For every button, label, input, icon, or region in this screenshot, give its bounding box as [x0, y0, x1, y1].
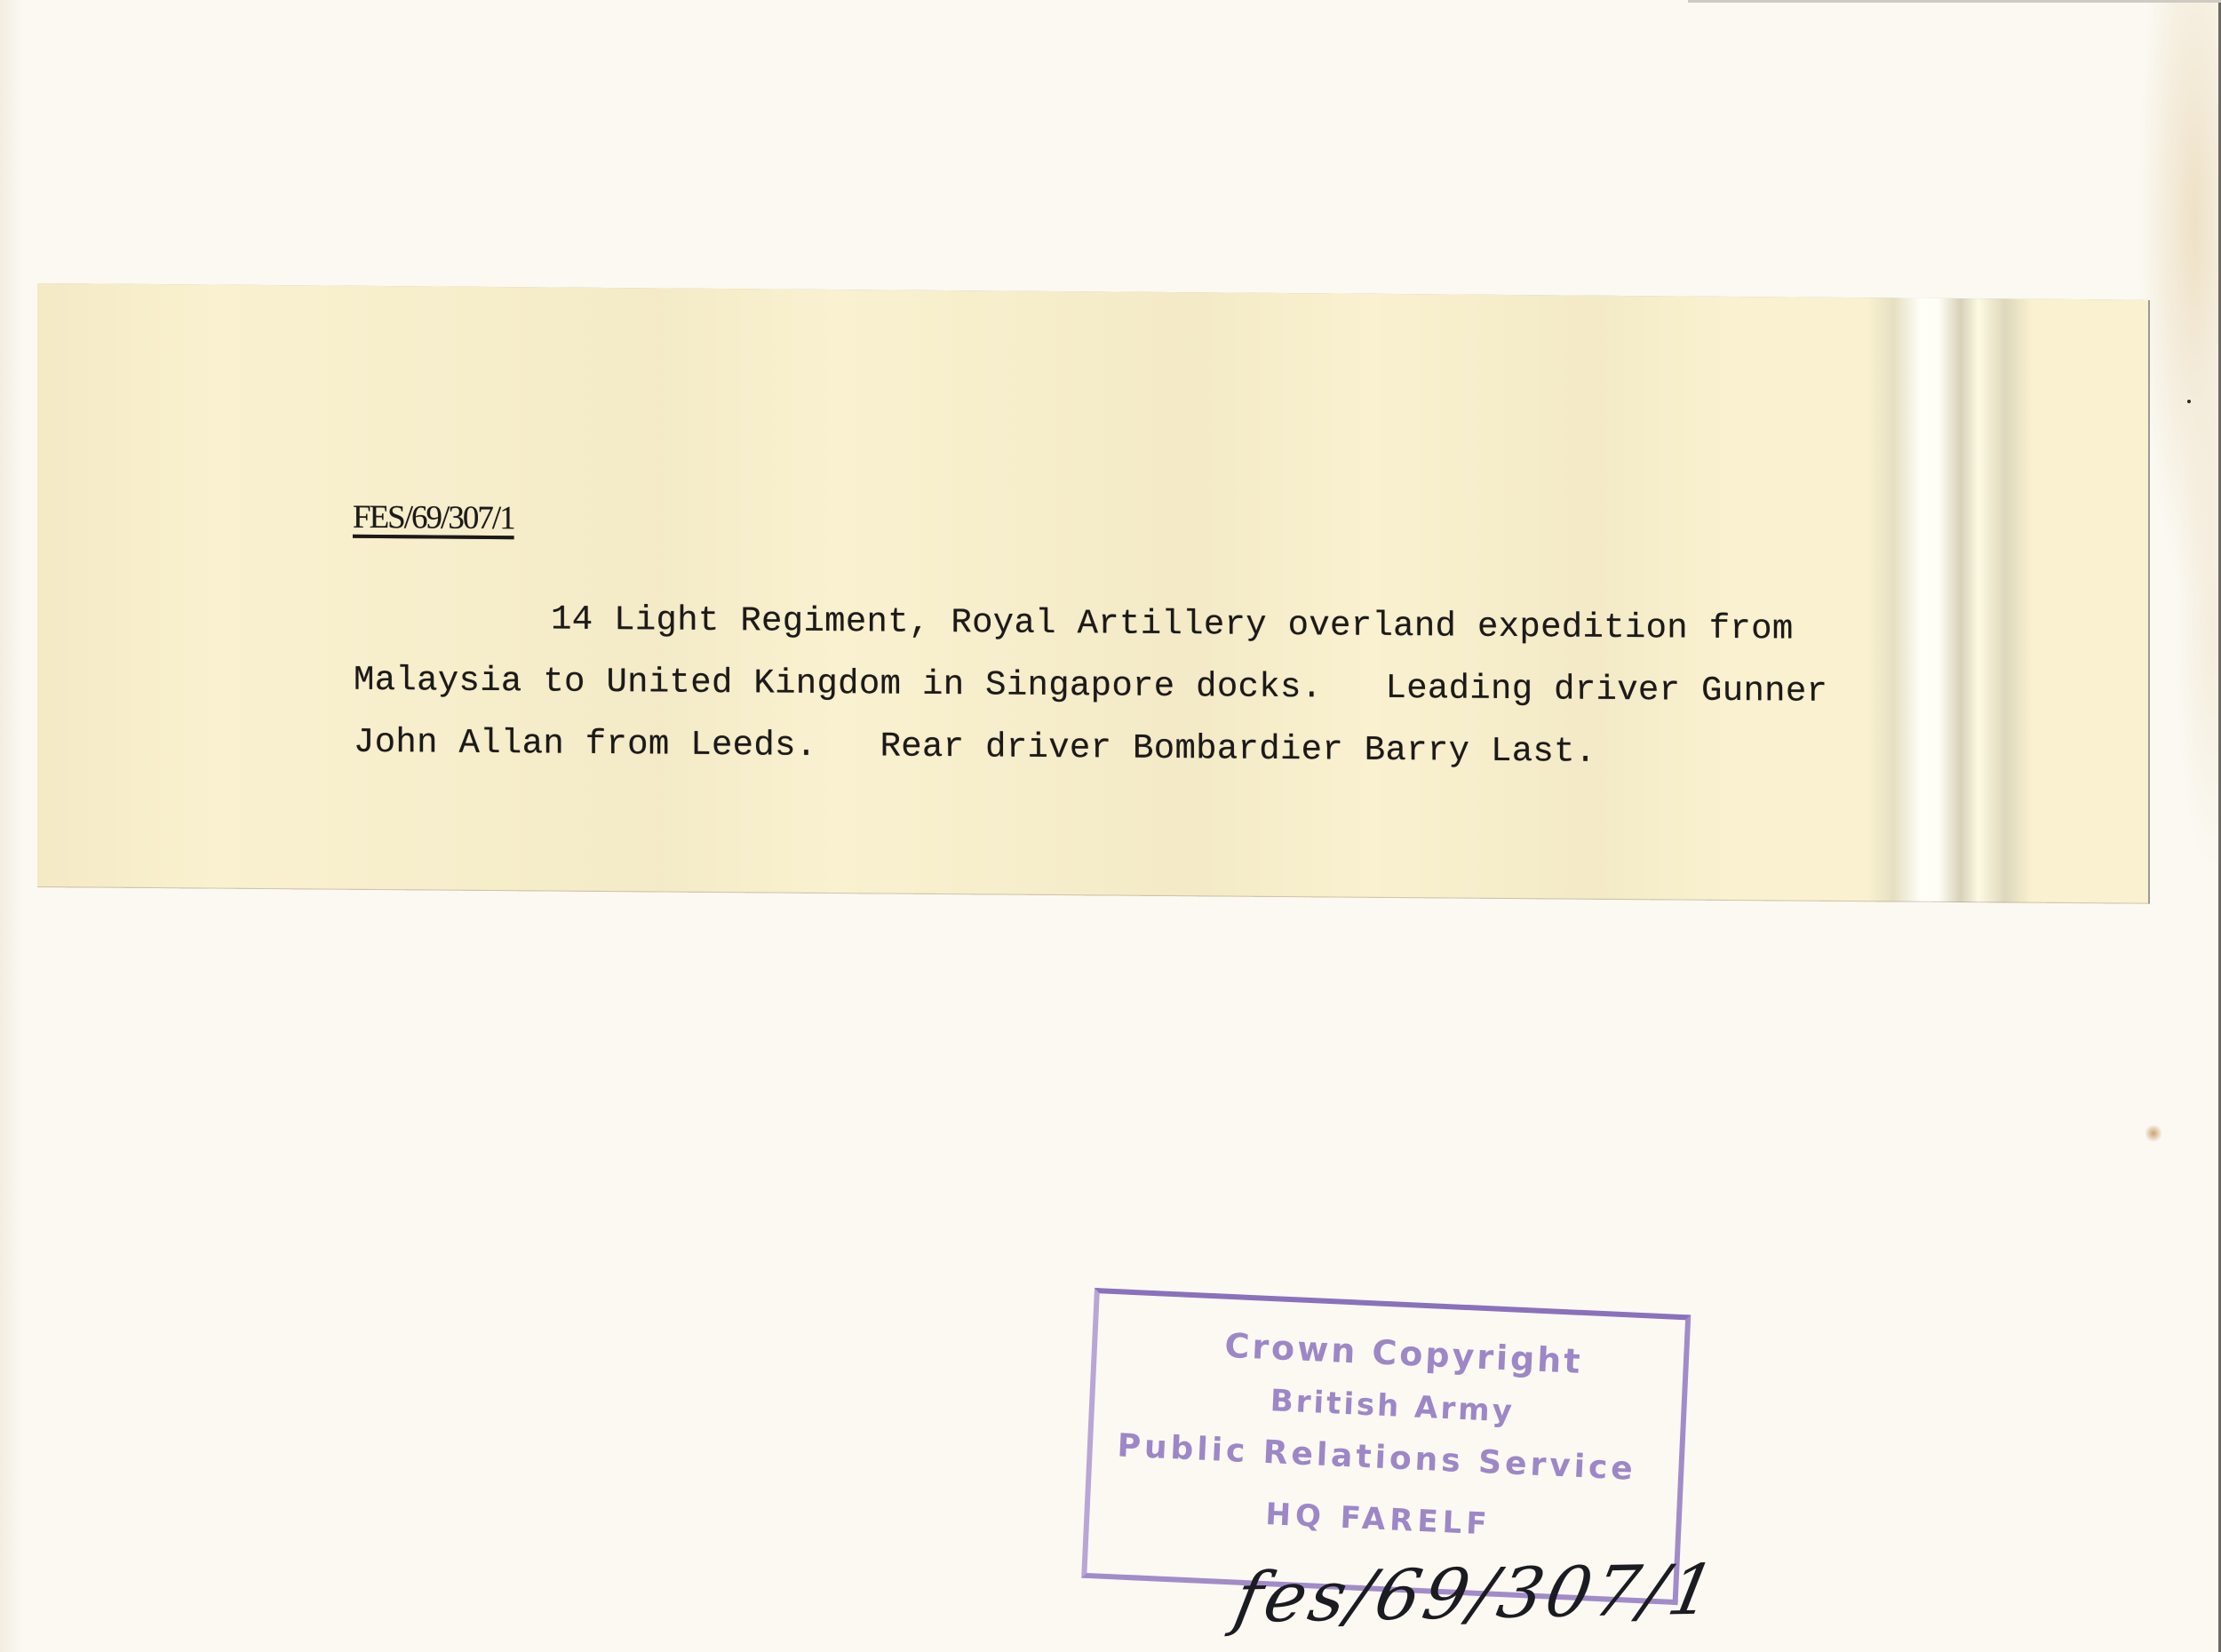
caption-line-3: John Allan from Leeds. Rear driver Bomba…: [354, 726, 1596, 770]
stamp-line-copyright: Crown Copyright: [1123, 1322, 1684, 1386]
stamp-line-pr-service: Public Relations Service: [1074, 1426, 1679, 1489]
stamp-line-hq: HQ FARELF: [1080, 1489, 1676, 1551]
stamp-line-army: British Army: [1103, 1376, 1682, 1437]
caption-slip: FES/69/307/1 14 Light Regiment, Royal Ar…: [37, 283, 2148, 904]
handwritten-reference: fes/69/307/1: [1228, 1551, 1724, 1639]
caption-reference-number: FES/69/307/1: [353, 501, 514, 535]
ink-speck: [2187, 400, 2191, 403]
photo-card-back: FES/69/307/1 14 Light Regiment, Royal Ar…: [0, 0, 2221, 1652]
caption-line-2: Malaysia to United Kingdom in Singapore …: [354, 663, 1827, 710]
card-top-edge: [1688, 0, 2221, 3]
stain-mark: [2145, 1124, 2161, 1143]
caption-line-1: 14 Light Regiment, Royal Artillery overl…: [551, 603, 1794, 647]
